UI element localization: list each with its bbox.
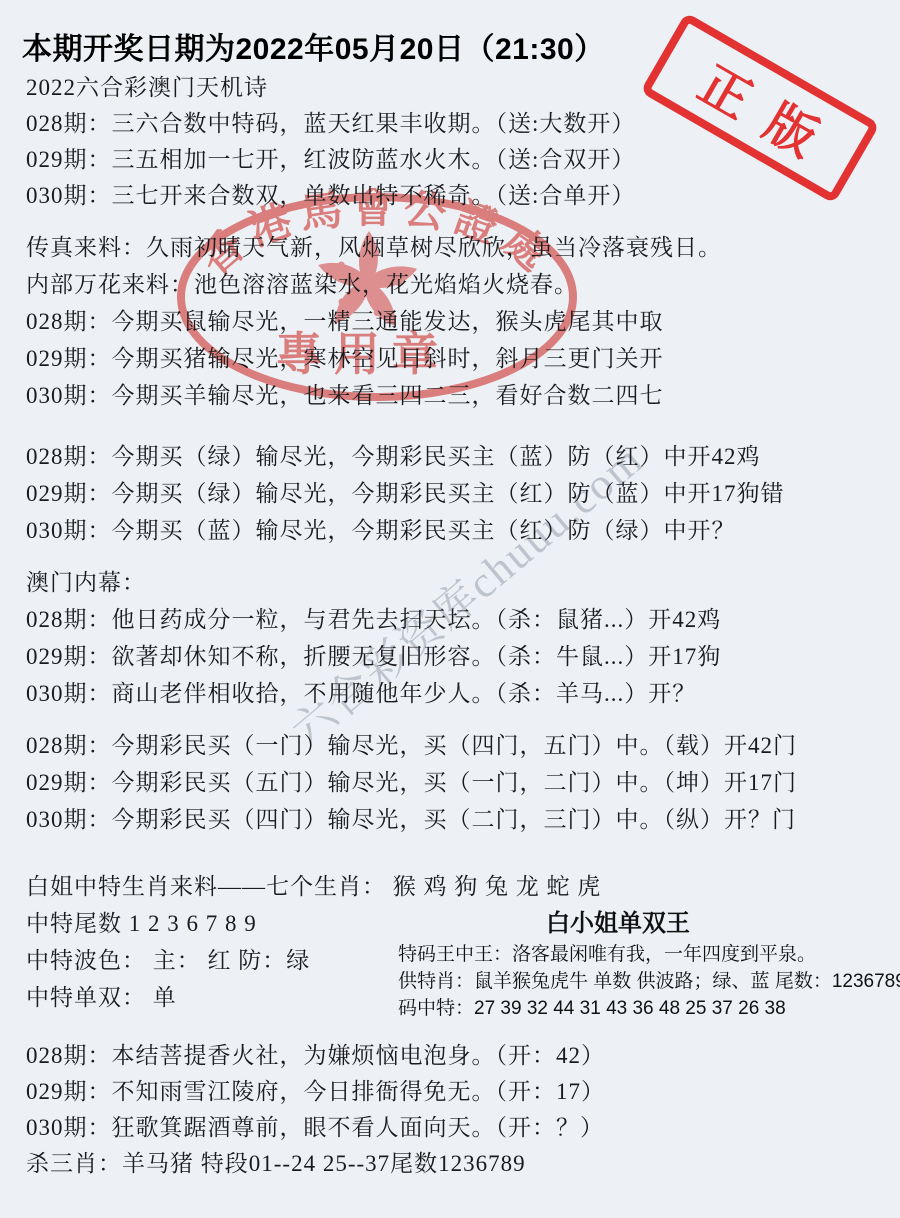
tip-line: 030期：商山老伴相收拾，不用随他年少人。（杀：羊马...）开？ <box>26 675 721 712</box>
tip-line: 029期：今期买猪输尽光，寒林空见日斜时，斜月三更门关开 <box>26 340 722 377</box>
box-baixiaojie: 白小姐单双王 特码王中王：洛客最闲唯有我，一年四度到平泉。 供特肖：鼠羊猴兔虎牛… <box>398 903 878 1022</box>
tip-line: 028期：三六合数中特码，蓝天红果丰收期。（送:大数开） <box>26 106 635 142</box>
tip-sheet-page: 六合彩资库chuuu.com 香港馬會公證處 專用章 本期开奖日期为2022年0… <box>0 0 900 1218</box>
box-line: 供特肖：鼠羊猴兔虎牛 单数 供波路；绿、蓝 尾数：1236789 <box>398 968 878 995</box>
tip-line: 028期：本结菩提香火社，为嫌烦恼电泡身。（开：42） <box>26 1038 605 1074</box>
tip-line: 030期：今期买（蓝）输尽光，今期彩民买主（红）防（绿）中开？ <box>26 512 785 549</box>
section-header: 澳门内幕： <box>26 564 721 601</box>
tip-line: 030期：今期买羊输尽光，也来看三四二三，看好合数二四七 <box>26 377 722 414</box>
tip-line: 028期：他日药成分一粒，与君先去扫天坛。（杀：鼠猪...）开42鸡 <box>26 601 721 638</box>
tip-line: 内部万花来料：池色溶溶蓝染水，花光焰焰火烧春。 <box>26 266 722 303</box>
tip-line: 030期：狂歌箕踞酒尊前，眼不看人面向天。（开：？） <box>26 1110 605 1146</box>
section-color: 028期：今期买（绿）输尽光，今期彩民买主（蓝）防（红）中开42鸡 029期：今… <box>26 438 785 549</box>
tip-line: 028期：今期买（绿）输尽光，今期彩民买主（蓝）防（红）中开42鸡 <box>26 438 785 475</box>
box-title: 白小姐单双王 <box>398 903 838 938</box>
section-tianji: 2022六合彩澳门天机诗 028期：三六合数中特码，蓝天红果丰收期。（送:大数开… <box>26 70 635 214</box>
tip-line: 029期：今期买（绿）输尽光，今期彩民买主（红）防（蓝）中开17狗错 <box>26 475 785 512</box>
tip-line: 030期：三七开来合数双，单数出特不稀奇。（送:合单开） <box>26 178 635 214</box>
tip-line: 白姐中特生肖来料——七个生肖： 猴 鸡 狗 兔 龙 蛇 虎 <box>26 868 601 905</box>
tip-line: 028期：今期买鼠输尽光，一精三通能发达，猴头虎尾其中取 <box>26 303 722 340</box>
tip-line: 杀三肖：羊马猪 特段01--24 25--37尾数1236789 <box>26 1146 605 1182</box>
tip-line: 传真来料：久雨初晴天气新，风烟草树尽欣欣，虽当冷落衰残日。 <box>26 229 722 266</box>
tip-line: 029期：欲著却休知不称，折腰无复旧形容。（杀：牛鼠...）开17狗 <box>26 638 721 675</box>
section-fax: 传真来料：久雨初晴天气新，风烟草树尽欣欣，虽当冷落衰残日。 内部万花来料：池色溶… <box>26 229 722 414</box>
stamp-label: 正版 <box>665 32 855 183</box>
section-macau: 澳门内幕： 028期：他日药成分一粒，与君先去扫天坛。（杀：鼠猪...）开42鸡… <box>26 564 721 712</box>
section-doors: 028期：今期彩民买（一门）输尽光，买（四门，五门）中。（载）开42门 029期… <box>26 727 797 838</box>
section-header: 2022六合彩澳门天机诗 <box>26 70 635 106</box>
tip-line: 029期：今期彩民买（五门）输尽光，买（一门，二门）中。（坤）开17门 <box>26 764 797 801</box>
tip-line: 029期：不知雨雪江陵府，今日排衙得免无。（开：17） <box>26 1074 605 1110</box>
tip-line: 030期：今期彩民买（四门）输尽光，买（二门，三门）中。（纵）开？门 <box>26 801 797 838</box>
page-title: 本期开奖日期为2022年05月20日（21:30） <box>22 24 605 68</box>
tip-line: 029期：三五相加一七开，红波防蓝水火木。（送:合双开） <box>26 142 635 178</box>
box-line: 码中特：27 39 32 44 31 43 36 48 25 37 26 38 <box>398 995 878 1022</box>
tip-line: 028期：今期彩民买（一门）输尽光，买（四门，五门）中。（载）开42门 <box>26 727 797 764</box>
authenticity-stamp: 正版 <box>640 12 880 204</box>
section-results: 028期：本结菩提香火社，为嫌烦恼电泡身。（开：42） 029期：不知雨雪江陵府… <box>26 1038 605 1182</box>
box-line: 特码王中王：洛客最闲唯有我，一年四度到平泉。 <box>398 941 878 968</box>
